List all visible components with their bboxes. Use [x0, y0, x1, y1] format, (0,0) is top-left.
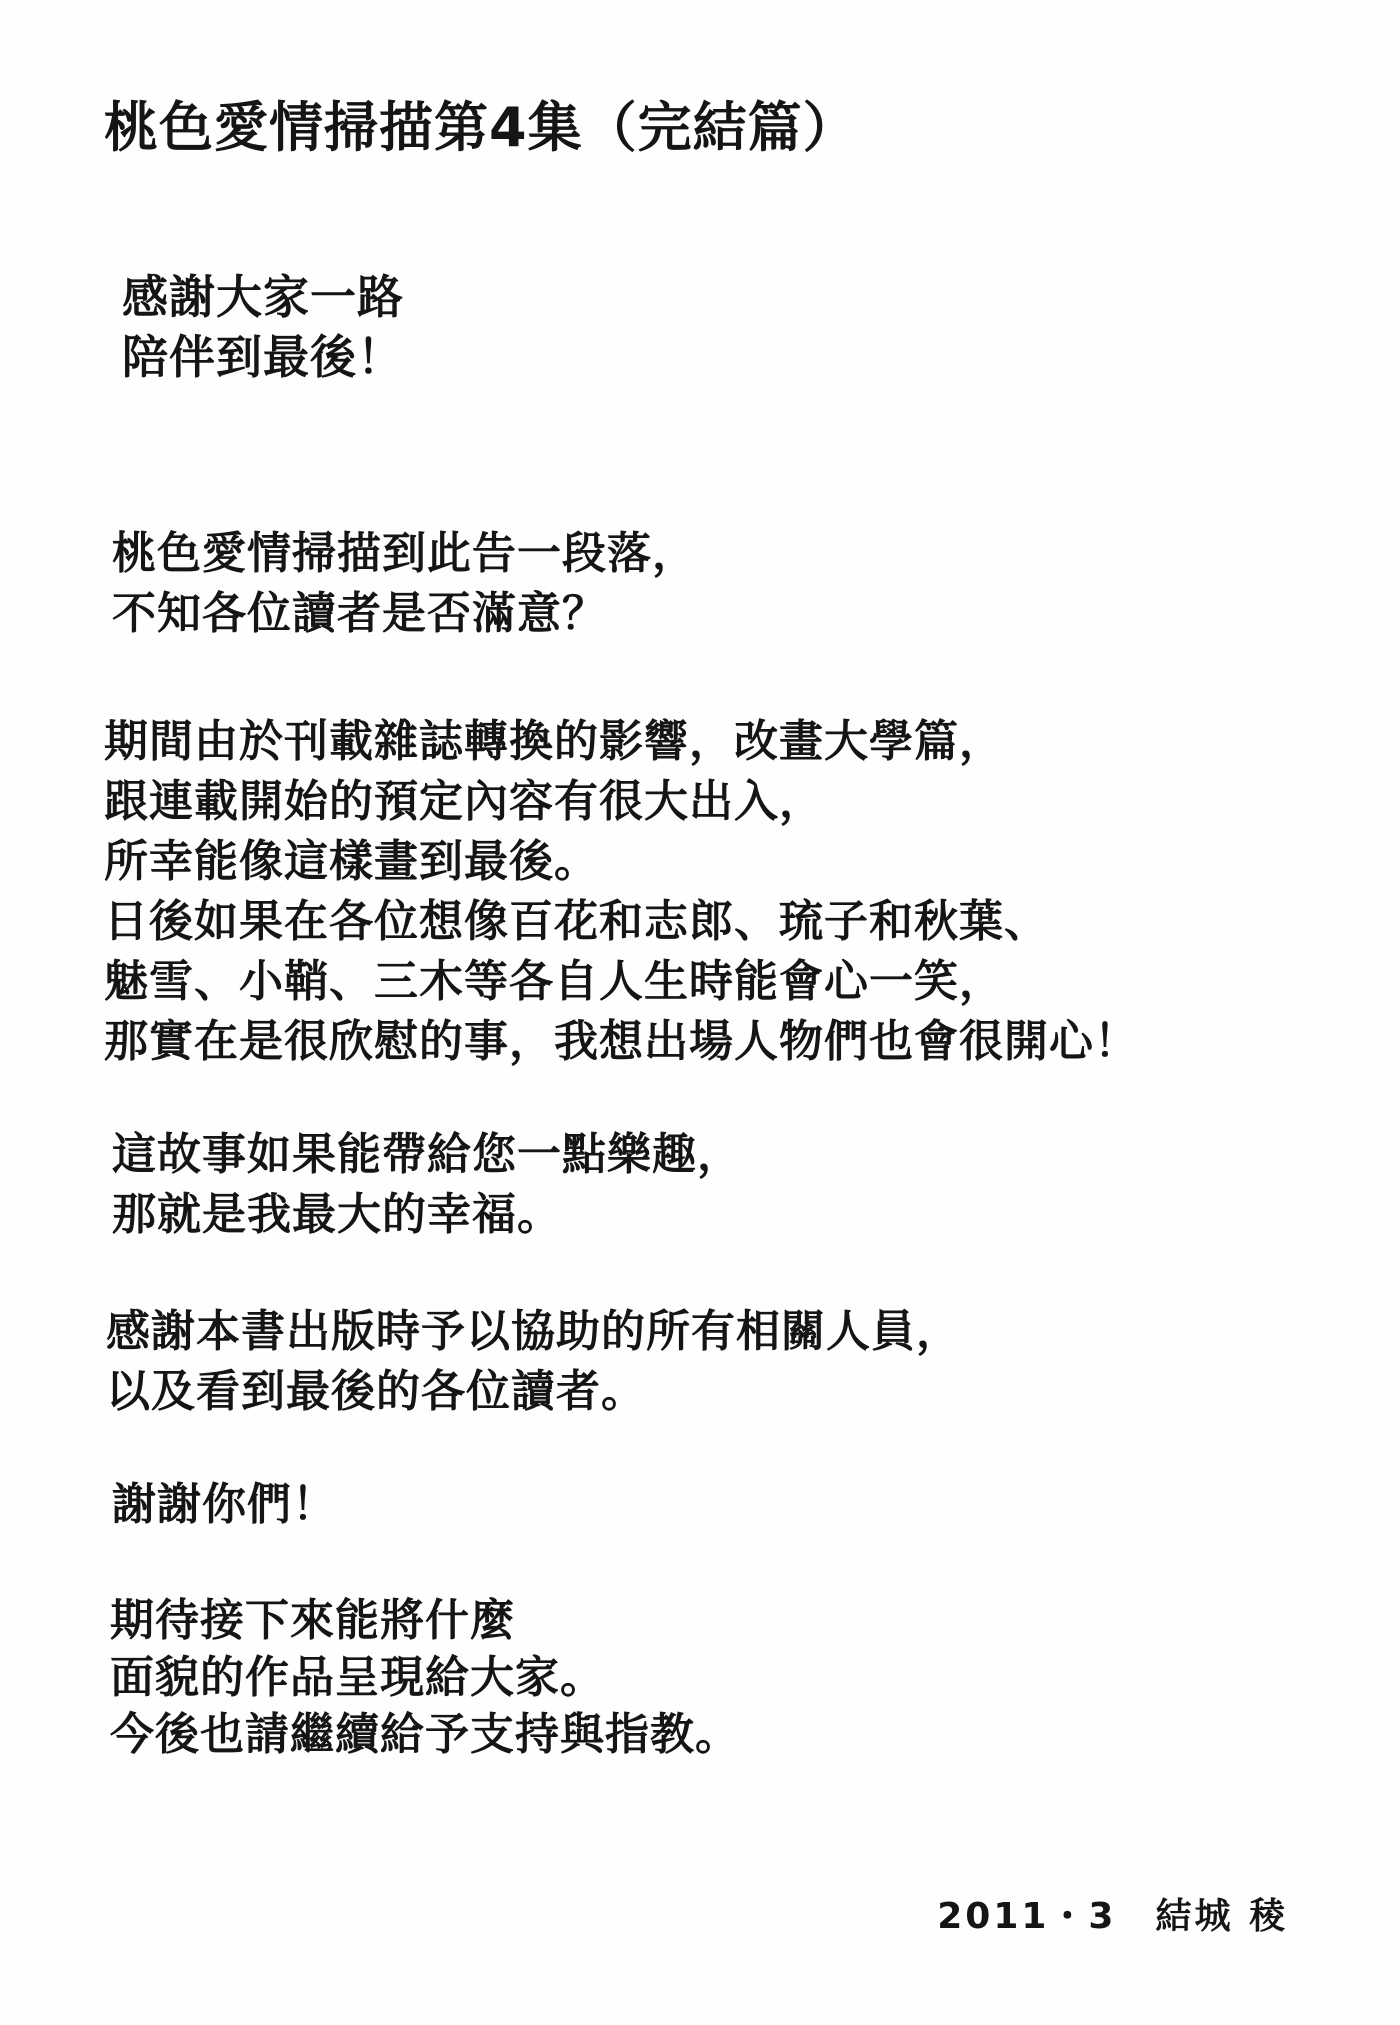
text-line: 跟連載開始的預定內容有很大出入， [104, 772, 1139, 832]
text-line: 魅雪、小鞘、三木等各自人生時能會心一笑， [104, 952, 1139, 1012]
text-line: 期待接下來能將什麼 [110, 1592, 740, 1649]
text-line: 感謝本書出版時予以協助的所有相關人員， [106, 1302, 961, 1362]
paragraph-thank-you: 謝謝你們！ [112, 1475, 337, 1535]
text-line: 那實在是很欣慰的事，我想出場人物們也會很開心！ [104, 1012, 1139, 1072]
text-line: 面貌的作品呈現給大家。 [110, 1649, 740, 1706]
greeting-line: 感謝大家一路 [122, 267, 404, 327]
text-line: 這故事如果能帶給您一點樂趣， [112, 1125, 742, 1185]
text-line: 日後如果在各位想像百花和志郎、琉子和秋葉、 [104, 892, 1139, 952]
paragraph-story: 這故事如果能帶給您一點樂趣， 那就是我最大的幸福。 [112, 1125, 742, 1245]
text-line: 那就是我最大的幸福。 [112, 1185, 742, 1245]
greeting-line: 陪伴到最後！ [122, 327, 404, 387]
text-line: 桃色愛情掃描到此告一段落， [112, 524, 697, 584]
author-date-signature: 2011・3 結城 稜 [937, 1897, 1288, 1937]
text-line: 謝謝你們！ [112, 1475, 337, 1535]
text-line: 不知各位讀者是否滿意？ [112, 584, 697, 644]
paragraph-closing: 桃色愛情掃描到此告一段落， 不知各位讀者是否滿意？ [112, 524, 697, 644]
afterword-page: 桃色愛情掃描第4集（完結篇） 感謝大家一路 陪伴到最後！ 桃色愛情掃描到此告一段… [0, 0, 1400, 2025]
text-line: 所幸能像這樣畫到最後。 [104, 832, 1139, 892]
paragraph-future: 期待接下來能將什麼 面貌的作品呈現給大家。 今後也請繼續給予支持與指教。 [110, 1592, 740, 1763]
greeting-block: 感謝大家一路 陪伴到最後！ [122, 267, 404, 387]
paragraph-thanks: 感謝本書出版時予以協助的所有相關人員， 以及看到最後的各位讀者。 [106, 1302, 961, 1422]
text-line: 以及看到最後的各位讀者。 [106, 1362, 961, 1422]
text-line: 期間由於刊載雜誌轉換的影響，改畫大學篇， [104, 712, 1139, 772]
text-line: 今後也請繼續給予支持與指教。 [110, 1706, 740, 1763]
page-title: 桃色愛情掃描第4集（完結篇） [104, 98, 858, 157]
paragraph-serialization: 期間由於刊載雜誌轉換的影響，改畫大學篇， 跟連載開始的預定內容有很大出入， 所幸… [104, 712, 1139, 1072]
